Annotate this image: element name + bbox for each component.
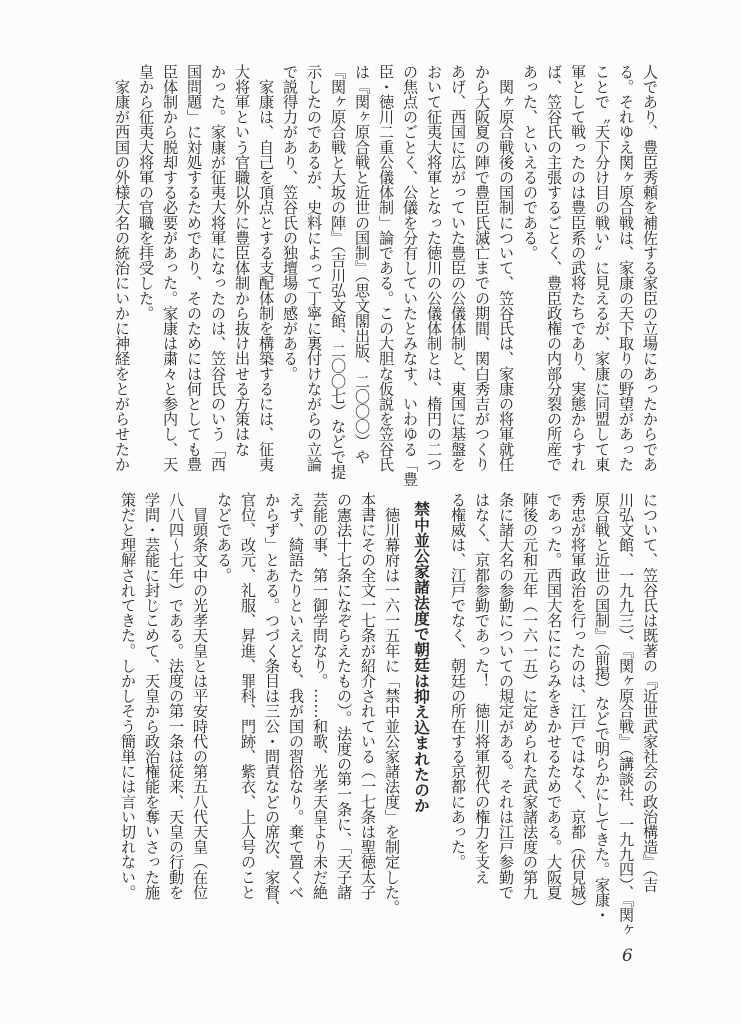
text-line: から大阪夏の陣で豊臣氏滅亡までの期間、関白秀吉がつくり bbox=[470, 64, 494, 487]
text-line: 徳川幕府は一六一五年に「禁中並公家諸法度」を制定した。 bbox=[380, 492, 404, 937]
text-line: 冒頭条文中の光孝天皇とは平安時代の第五八代天皇（在位 bbox=[188, 492, 212, 937]
text-line: 臣体制から脱却する必要があった。家康は粛々と参内し、天 bbox=[158, 64, 182, 487]
text-line: 大将軍という官職以外に豊臣体制から抜け出せる方策はな bbox=[230, 64, 254, 487]
text-line: あげ、西国に広がっていた豊臣の公儀体制と、東国に基盤を bbox=[446, 64, 470, 487]
text-line: 示したのであるが、史料によって丁寧に裏付けながらの立論 bbox=[302, 64, 326, 487]
text-line: る権威は、江戸でなく、朝廷の所在する京都にあった。 bbox=[446, 492, 470, 937]
text-line: 陣後の元和元年（一六一五）に定められた武家諸法度の第九 bbox=[518, 492, 542, 937]
text-line: で説得力があり、笠谷氏の独壇場の感がある。 bbox=[278, 64, 302, 487]
text-line: からず」とある。つづく条目は三公・問責などの席次、家督、 bbox=[260, 492, 284, 937]
text-line: の憲法十七条になぞらえたもの）。法度の第一条に、「天子諸 bbox=[332, 492, 356, 937]
text-line: 皇から征夷大将軍の官職を拝受した。 bbox=[134, 64, 158, 487]
text-line: ことで〝天下分け目の戦い〟に見えるが、家康に同盟して東 bbox=[590, 64, 614, 487]
text-line: などである。 bbox=[212, 492, 236, 937]
text-line: 家康は、自己を頂点とする支配体制を構築するには、征夷 bbox=[254, 64, 278, 487]
text-line: る。それゆえ関ヶ原合戦は、家康の天下取りの野望があった bbox=[614, 64, 638, 487]
top-text-band: 人であり、豊臣秀頼を補佐する家臣の立場にあったからである。それゆえ関ヶ原合戦は、… bbox=[110, 64, 662, 487]
text-line: 芸能の事、第一御学問なり。……和歌、光孝天皇より未だ絶 bbox=[308, 492, 332, 937]
text-line: は『関ヶ原合戦と近世の国制』（思文閣出版、二〇〇〇）や bbox=[350, 64, 374, 487]
text-line: の焦点のごとく、公儀を分有していたとみなす、いわゆる「豊 bbox=[398, 64, 422, 487]
text-line: 秀忠が将軍政治を行ったのは、江戸ではなく、京都（伏見城） bbox=[566, 492, 590, 937]
text-line: 国問題」に対処するためであり、そのためには何としても豊 bbox=[182, 64, 206, 487]
text-line: はなく、京都参勤であった！ 徳川将軍初代の権力を支え bbox=[470, 492, 494, 937]
text-line: 原合戦と近世の国制』（前掲）などで明らかにしてきた。家康・ bbox=[590, 492, 614, 937]
text-line: 関ヶ原合戦後の国制について、笠谷氏は、家康の将軍就任 bbox=[494, 64, 518, 487]
bottom-text-band: について、笠谷氏は既著の『近世武家社会の政治構造』（吉川弘文館、一九九三）、『関… bbox=[116, 492, 662, 937]
text-line: ば、笠谷氏の主張するごとく、豊臣政権の内部分裂の所産で bbox=[542, 64, 566, 487]
text-line: であった。西国大名ににらみをきかせるためである。大阪夏 bbox=[542, 492, 566, 937]
book-page: 人であり、豊臣秀頼を補佐する家臣の立場にあったからである。それゆえ関ヶ原合戦は、… bbox=[0, 0, 742, 1024]
text-line: 本書にその全文一七条が紹介されている（一七条は聖徳太子 bbox=[356, 492, 380, 937]
text-line: 川弘文館、一九九三）、『関ヶ原合戦』（講談社、一九九四）、『関ヶ bbox=[614, 492, 638, 937]
text-line: 臣・徳川二重公儀体制」論である。この大胆な仮説を笠谷氏 bbox=[374, 64, 398, 487]
text-line: 人であり、豊臣秀頼を補佐する家臣の立場にあったからであ bbox=[638, 64, 662, 487]
text-line: 学問・芸能に封じこめて、天皇から政治権能を奪いさった施 bbox=[140, 492, 164, 937]
text-line: かった。家康が征夷大将軍になったのは、笠谷氏のいう「西 bbox=[206, 64, 230, 487]
text-line: 軍として戦ったのは豊臣系の武将たちであり、実態からすれ bbox=[566, 64, 590, 487]
text-line: 官位、改元、礼服、昇進、罪科、門跡、紫衣、上人号のこと bbox=[236, 492, 260, 937]
text-line: について、笠谷氏は既著の『近世武家社会の政治構造』（吉 bbox=[638, 492, 662, 937]
text-line: 策だと理解されてきた。しかしそう簡単には言い切れない。 bbox=[116, 492, 140, 937]
text-line: えず、綺語たりといえども、我が国の習俗なり。棄て置くべ bbox=[284, 492, 308, 937]
text-line: 家康が西国の外様大名の統治にいかに神経をとがらせたか bbox=[110, 64, 134, 487]
text-line: あった、といえるのである。 bbox=[518, 64, 542, 487]
text-line: おいて征夷大将軍となった徳川の公儀体制とは、楕円の二つ bbox=[422, 64, 446, 487]
text-line: 八八四〜七年）である。法度の第一条は従来、天皇の行動を bbox=[164, 492, 188, 937]
text-line: 『関ヶ原合戦と大坂の陣』（吉川弘文館、二〇〇七）などで提 bbox=[326, 64, 350, 487]
section-heading: 禁中並公家諸法度で朝廷は抑え込まれたのか bbox=[409, 492, 433, 937]
page-number: 6 bbox=[622, 946, 633, 966]
text-line: 条に諸大名の参勤についての規定がある。それは江戸参勤で bbox=[494, 492, 518, 937]
